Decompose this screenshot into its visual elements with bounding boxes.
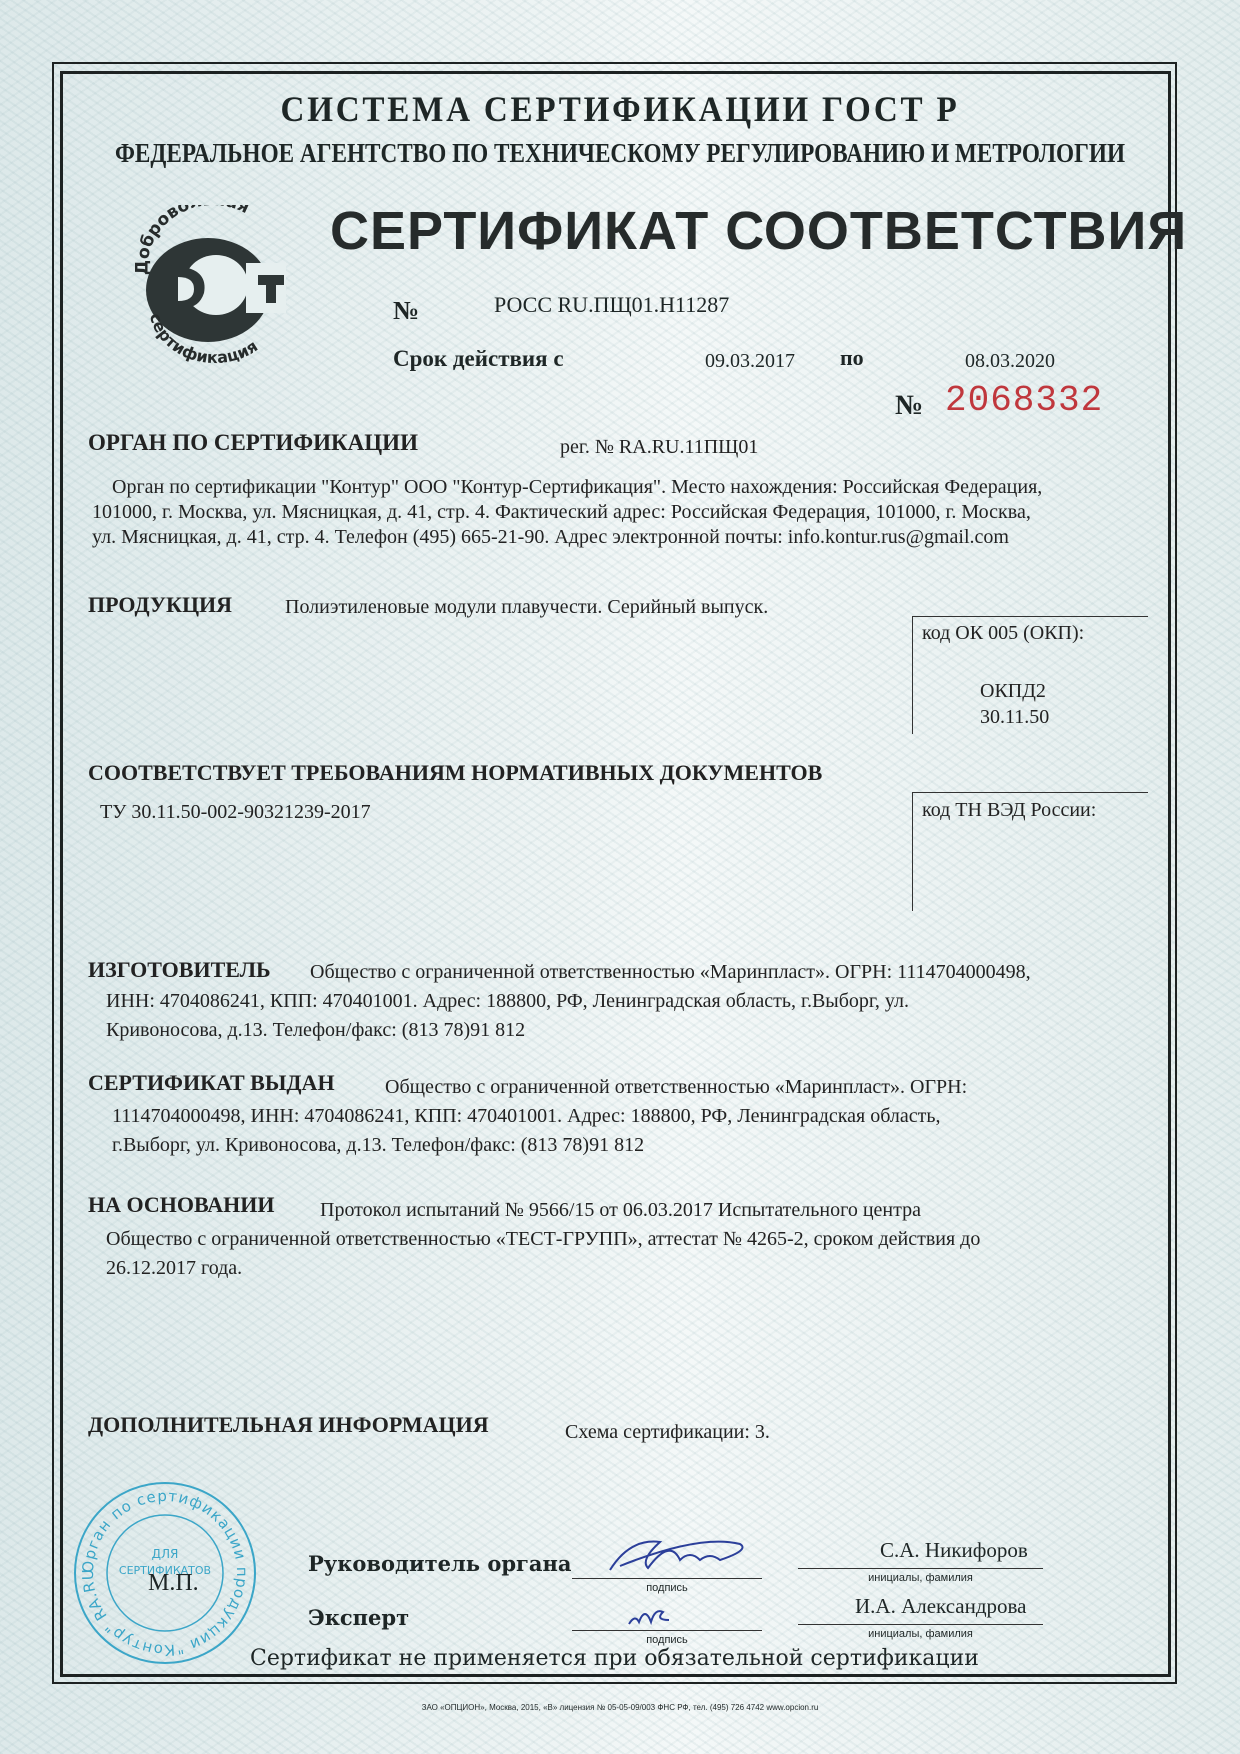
product-description: Полиэтиленовые модули плавучести. Серийн…	[285, 592, 768, 622]
basis-line-2: Общество с ограниченной ответственностью…	[106, 1224, 980, 1254]
certification-body-heading: ОРГАН ПО СЕРТИФИКАЦИИ	[88, 430, 418, 456]
basis-line-1: Протокол испытаний № 9566/15 от 06.03.20…	[320, 1195, 921, 1225]
certificate-title: СЕРТИФИКАТ СООТВЕТСТВИЯ	[330, 200, 1187, 262]
head-label: Руководитель органа	[308, 1551, 571, 1576]
issued-to-heading: СЕРТИФИКАТ ВЫДАН	[88, 1070, 335, 1096]
okp-value-code: 30.11.50	[980, 702, 1049, 732]
expert-name-line	[798, 1624, 1043, 1625]
head-name: С.А. Никифоров	[880, 1538, 1028, 1563]
certification-body-line-3: ул. Мясницкая, д. 41, стр. 4. Телефон (4…	[92, 522, 1009, 552]
valid-from: 09.03.2017	[705, 350, 795, 373]
system-heading: СИСТЕМА СЕРТИФИКАЦИИ ГОСТ Р	[50, 88, 1191, 130]
expert-name-caption: инициалы, фамилия	[798, 1628, 1043, 1640]
printer-imprint: ЗАО «ОПЦИОН», Москва, 2015, «В» лицензия…	[0, 1703, 1240, 1712]
manufacturer-line-1: Общество с ограниченной ответственностью…	[310, 957, 1031, 987]
manufacturer-line-3: Кривоносова, д.13. Телефон/факс: (813 78…	[106, 1015, 525, 1045]
expert-signature-caption: подпись	[572, 1634, 762, 1646]
head-signature-icon	[600, 1530, 760, 1585]
serial-label: №	[895, 390, 923, 422]
agency-heading: ФЕДЕРАЛЬНОЕ АГЕНТСТВО ПО ТЕХНИЧЕСКОМУ РЕ…	[87, 138, 1153, 169]
okp-label: код ОК 005 (ОКП):	[922, 618, 1084, 648]
tnved-label: код ТН ВЭД России:	[922, 795, 1096, 825]
additional-info-text: Схема сертификации: 3.	[565, 1417, 770, 1447]
number-label: №	[393, 296, 419, 326]
normative-document: ТУ 30.11.50-002-90321239-2017	[100, 797, 371, 827]
additional-info-heading: ДОПОЛНИТЕЛЬНАЯ ИНФОРМАЦИЯ	[88, 1412, 489, 1438]
manufacturer-heading: ИЗГОТОВИТЕЛЬ	[88, 957, 271, 983]
expert-label: Эксперт	[308, 1605, 409, 1630]
issued-to-line-1: Общество с ограниченной ответственностью…	[385, 1072, 967, 1102]
valid-to: 08.03.2020	[965, 350, 1055, 373]
compliance-heading: СООТВЕТСТВУЕТ ТРЕБОВАНИЯМ НОРМАТИВНЫХ ДО…	[88, 760, 822, 786]
svg-text:ДЛЯ: ДЛЯ	[152, 1547, 179, 1561]
certificate-number: РОСС RU.ПЩ01.Н11287	[494, 292, 729, 318]
basis-heading: НА ОСНОВАНИИ	[88, 1192, 275, 1218]
basis-line-3: 26.12.2017 года.	[106, 1253, 242, 1283]
serial-number: 2068332	[945, 380, 1103, 421]
head-signature-caption: подпись	[572, 1582, 762, 1594]
expert-signature-icon	[625, 1600, 675, 1637]
validity-label: Срок действия с	[393, 346, 564, 372]
issued-to-line-3: г.Выборг, ул. Кривоносова, д.13. Телефон…	[112, 1130, 644, 1160]
head-name-caption: инициалы, фамилия	[798, 1572, 1043, 1584]
issued-to-line-2: 1114704000498, ИНН: 4704086241, КПП: 470…	[112, 1101, 941, 1131]
expert-name: И.А. Александрова	[855, 1594, 1027, 1619]
voluntary-note: Сертификат не применяется при обязательн…	[250, 1646, 979, 1671]
product-heading: ПРОДУКЦИЯ	[88, 592, 232, 618]
valid-to-label: по	[840, 345, 864, 371]
rst-logo-icon: Добровольная сертификация	[128, 205, 298, 365]
head-name-line	[798, 1568, 1043, 1569]
seal-place-label: М.П.	[148, 1570, 199, 1597]
manufacturer-line-2: ИНН: 4704086241, КПП: 470401001. Адрес: …	[106, 986, 909, 1016]
registration-number: рег. № RA.RU.11ПЩ01	[560, 432, 758, 462]
